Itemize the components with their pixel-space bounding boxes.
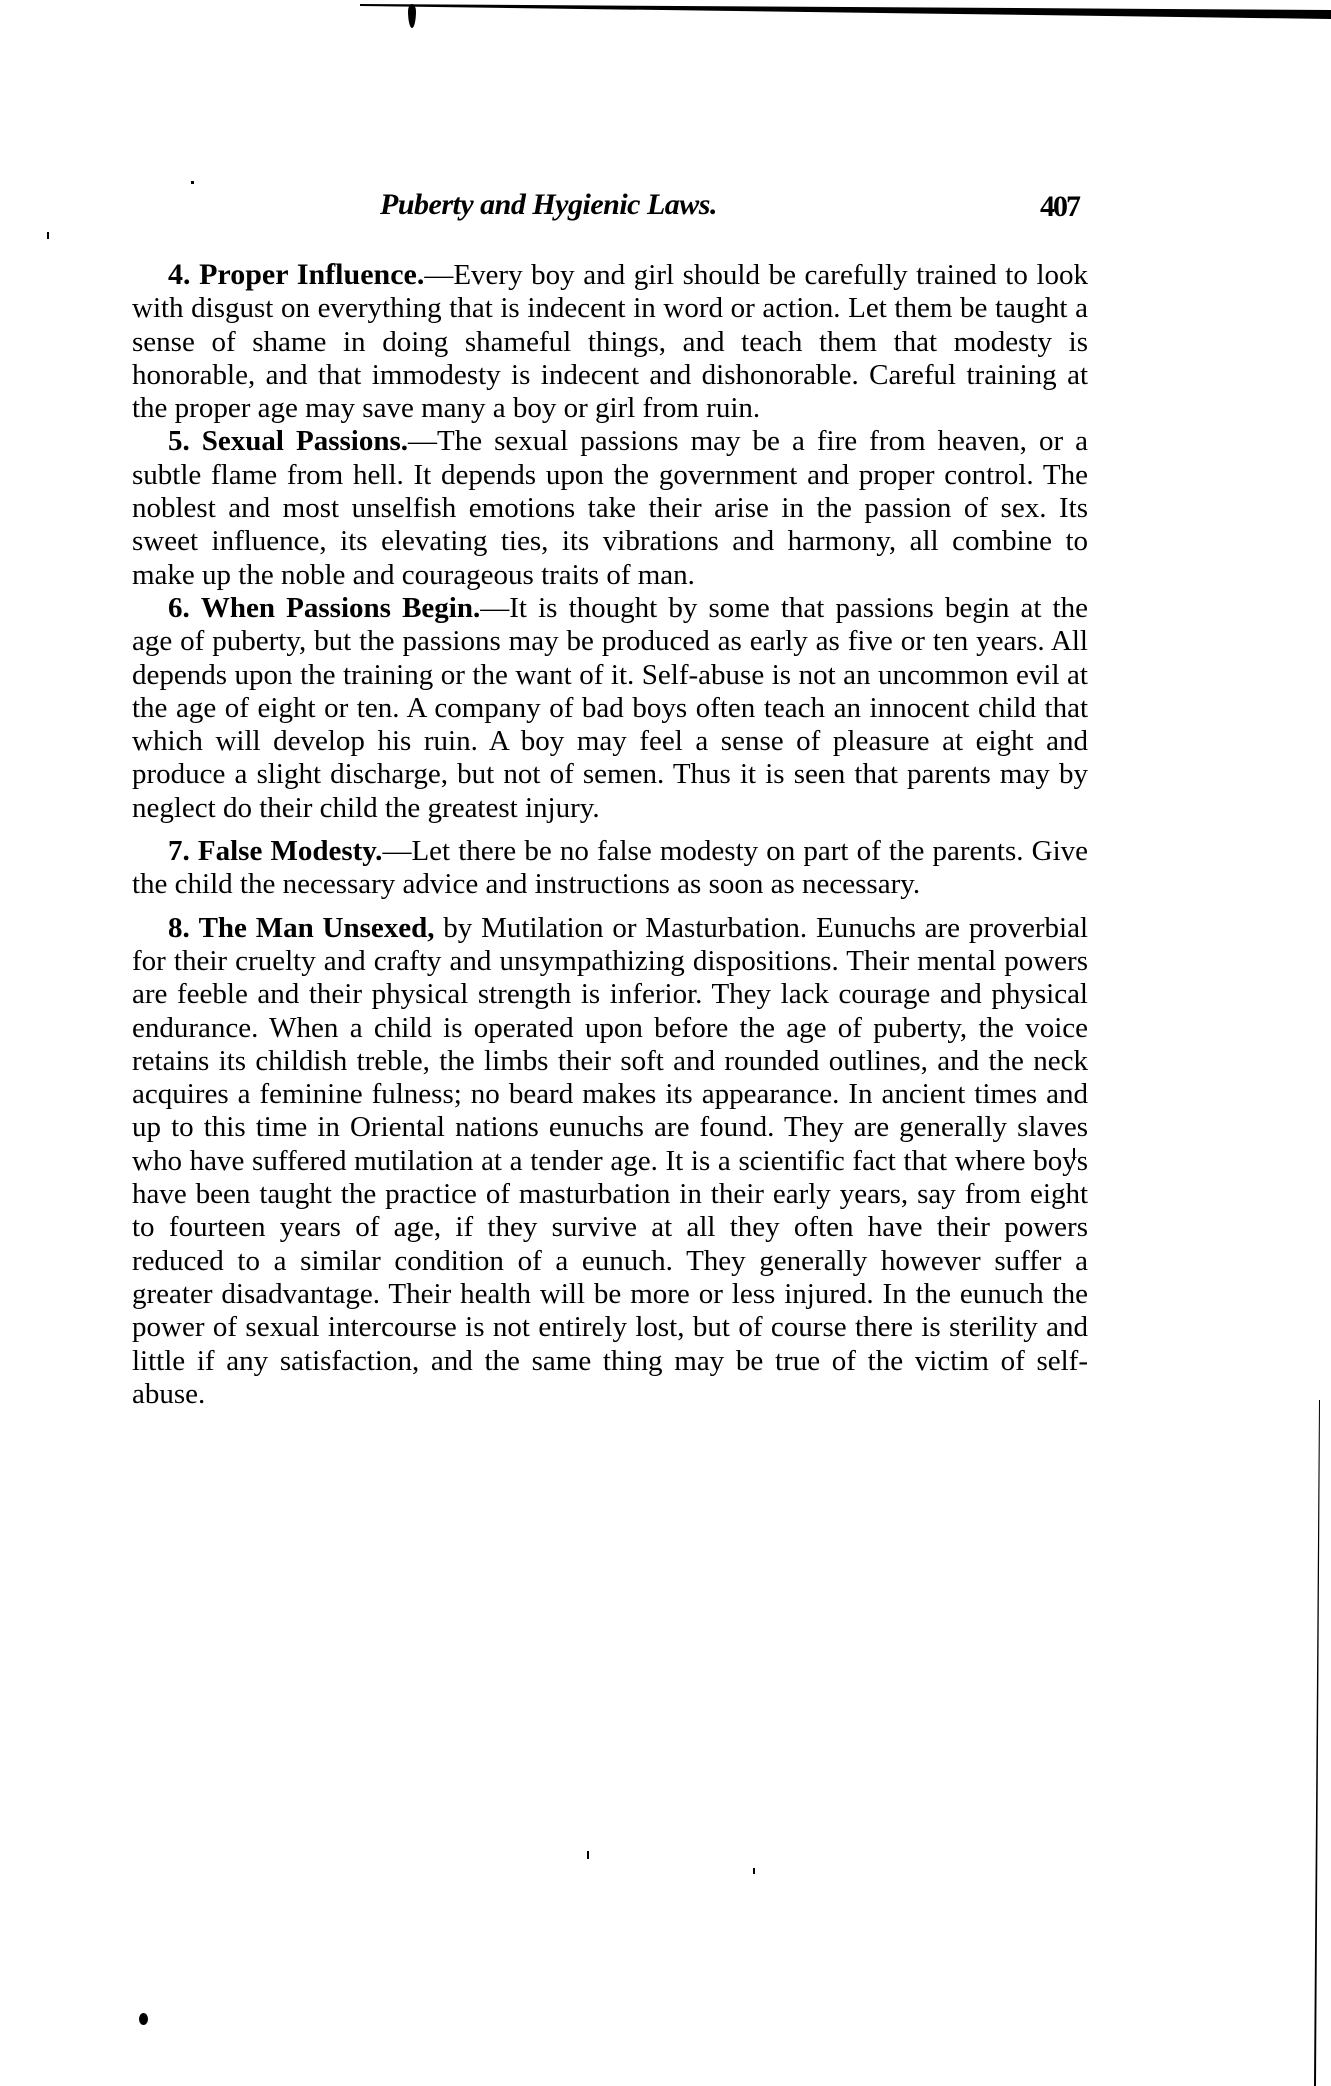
ink-speck bbox=[47, 232, 49, 239]
paragraph-proper-influence: 4. Proper Influence.—Every boy and girl … bbox=[132, 258, 1088, 425]
section-dash bbox=[434, 912, 443, 944]
section-dash: — bbox=[382, 835, 411, 867]
section-title: The Man Unsexed, bbox=[199, 912, 435, 944]
section-dash: — bbox=[480, 592, 509, 624]
section-number: 8. bbox=[168, 912, 190, 944]
ink-speck bbox=[191, 181, 194, 184]
ink-speck bbox=[1073, 1148, 1075, 1160]
section-number: 7. bbox=[168, 835, 190, 867]
section-text: by Mutilation or Masturbation. Eunuchs a… bbox=[132, 912, 1088, 1410]
section-number: 5. bbox=[168, 425, 190, 457]
section-dash: — bbox=[408, 425, 437, 457]
right-edge-rule bbox=[1312, 1400, 1320, 2086]
top-page-rule bbox=[360, 4, 1331, 20]
paragraph-sexual-passions: 5. Sexual Passions.—The sexual passions … bbox=[132, 425, 1088, 591]
paragraph-man-unsexed: 8. The Man Unsexed, by Mutilation or Mas… bbox=[132, 912, 1088, 1411]
ink-speck bbox=[587, 1851, 589, 1859]
section-text: It is thought by some that passions begi… bbox=[132, 592, 1088, 824]
section-title: Sexual Passions. bbox=[202, 425, 408, 457]
section-title: False Modesty. bbox=[198, 835, 383, 867]
section-dash: — bbox=[424, 259, 453, 291]
section-number: 6. bbox=[168, 592, 190, 624]
ink-dot bbox=[139, 2013, 148, 2025]
ink-speck bbox=[753, 1868, 755, 1874]
section-title: When Passions Begin. bbox=[201, 592, 480, 624]
body-text: 4. Proper Influence.—Every boy and girl … bbox=[132, 258, 1088, 1411]
page-number: 407 bbox=[1040, 190, 1079, 224]
paragraph-false-modesty: 7. False Modesty.—Let there be no false … bbox=[132, 835, 1088, 902]
section-number: 4. bbox=[168, 258, 191, 291]
ink-blot bbox=[408, 4, 416, 28]
paragraph-when-passions-begin: 6. When Passions Begin.—It is thought by… bbox=[132, 592, 1088, 825]
running-head: Puberty and Hygienic Laws. bbox=[380, 188, 717, 222]
section-title: Proper Influence. bbox=[199, 258, 424, 291]
